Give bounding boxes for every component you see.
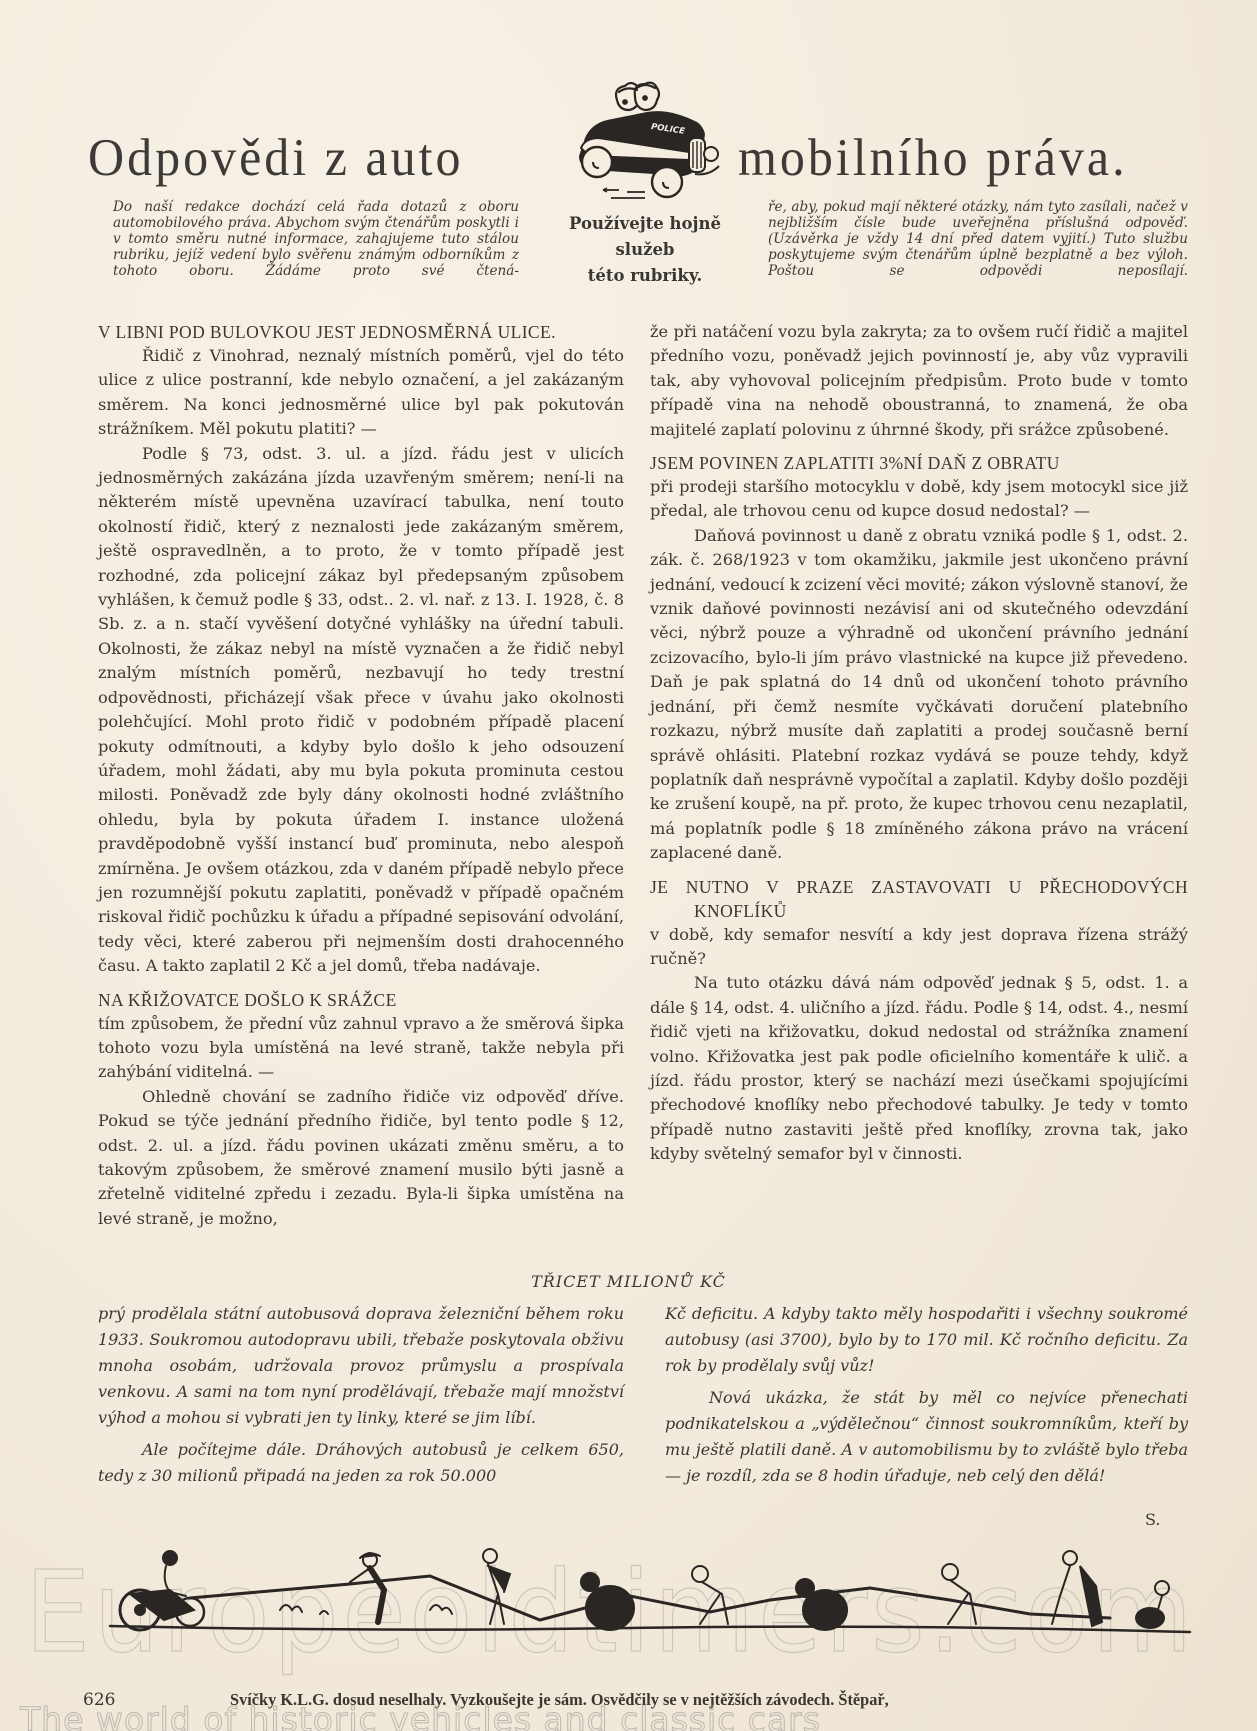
page-number: 626: [83, 1690, 115, 1710]
page-title-right: mobilního práva.: [738, 127, 1128, 188]
footer-advertisement: Svíčky K.L.G. dosud neselhaly. Vyzkoušej…: [230, 1690, 889, 1710]
police-car-icon: POLICE: [555, 78, 730, 206]
editorial-column-left: prý prodělala státní autobusová doprava …: [98, 1301, 624, 1489]
editorial-paragraph: prý prodělala státní autobusová doprava …: [98, 1301, 624, 1431]
page-title-left: Odpovědi z auto: [88, 127, 463, 188]
article-answer: Podle § 73, odst. 3. ul. a jízd. řádu je…: [98, 442, 624, 979]
tug-of-war-cartoon-icon: [70, 1548, 1200, 1648]
article-column-left: V LIBNI POD BULOVKOU JEST JEDNOSMĚRNÁ UL…: [98, 320, 624, 1231]
intro-text-left: Do naší redakce dochází celá řada dotazů…: [113, 199, 519, 279]
article-answer: Daňová povinnost u daně z obratu vzniká …: [650, 524, 1188, 866]
article-answer-continued: že při natáčení vozu byla zakryta; za to…: [650, 320, 1188, 442]
article-heading: V LIBNI POD BULOVKOU JEST JEDNOSMĚRNÁ UL…: [98, 320, 624, 344]
article-column-right: že při natáčení vozu byla zakryta; za to…: [650, 320, 1188, 1167]
callout-line-2: služeb: [545, 237, 745, 263]
article-answer: Na tuto otázku dává nám odpověď jednak §…: [650, 971, 1188, 1166]
article-heading: JE NUTNO V PRAZE ZASTAVOVATI U PŘECHODOV…: [650, 875, 1188, 923]
editorial-paragraph: Ale počítejme dále. Dráhových autobusů j…: [98, 1437, 624, 1489]
callout-line-1: Používejte hojně: [545, 211, 745, 237]
intro-right-paragraph: ře, aby, pokud mají některé otázky, nám …: [768, 199, 1188, 279]
article-heading: NA KŘIŽOVATCE DOŠLO K SRÁŽCE: [98, 988, 624, 1012]
intro-left-paragraph: Do naší redakce dochází celá řada dotazů…: [113, 199, 519, 279]
editorial-column-right: Kč deficitu. A kdyby takto měly hospodař…: [665, 1301, 1188, 1489]
editorial-paragraph: Nová ukázka, že stát by měl co nejvíce p…: [665, 1385, 1188, 1489]
callout-line-3: této rubriky.: [545, 263, 745, 289]
article-answer: Ohledně chování se zadního řidiče viz od…: [98, 1085, 624, 1231]
intro-text-right: ře, aby, pokud mají některé otázky, nám …: [768, 199, 1188, 279]
editorial-signature: S.: [1145, 1510, 1160, 1529]
rubric-callout: Používejte hojně služeb této rubriky.: [545, 211, 745, 289]
article-question: Řidič z Vinohrad, neznalý místních poměr…: [98, 344, 624, 442]
editorial-title: TŘICET MILIONŮ KČ: [0, 1272, 1257, 1291]
editorial-paragraph: Kč deficitu. A kdyby takto měly hospodař…: [665, 1301, 1188, 1379]
article-question: v době, kdy semafor nesvítí a kdy jest d…: [650, 923, 1188, 972]
article-heading: JSEM POVINEN ZAPLATITI 3%NÍ DAŇ Z OBRATU: [650, 451, 1188, 475]
article-question: tím způsobem, že přední vůz zahnul vprav…: [98, 1012, 624, 1085]
article-question: při prodeji staršího motocyklu v době, k…: [650, 475, 1188, 524]
